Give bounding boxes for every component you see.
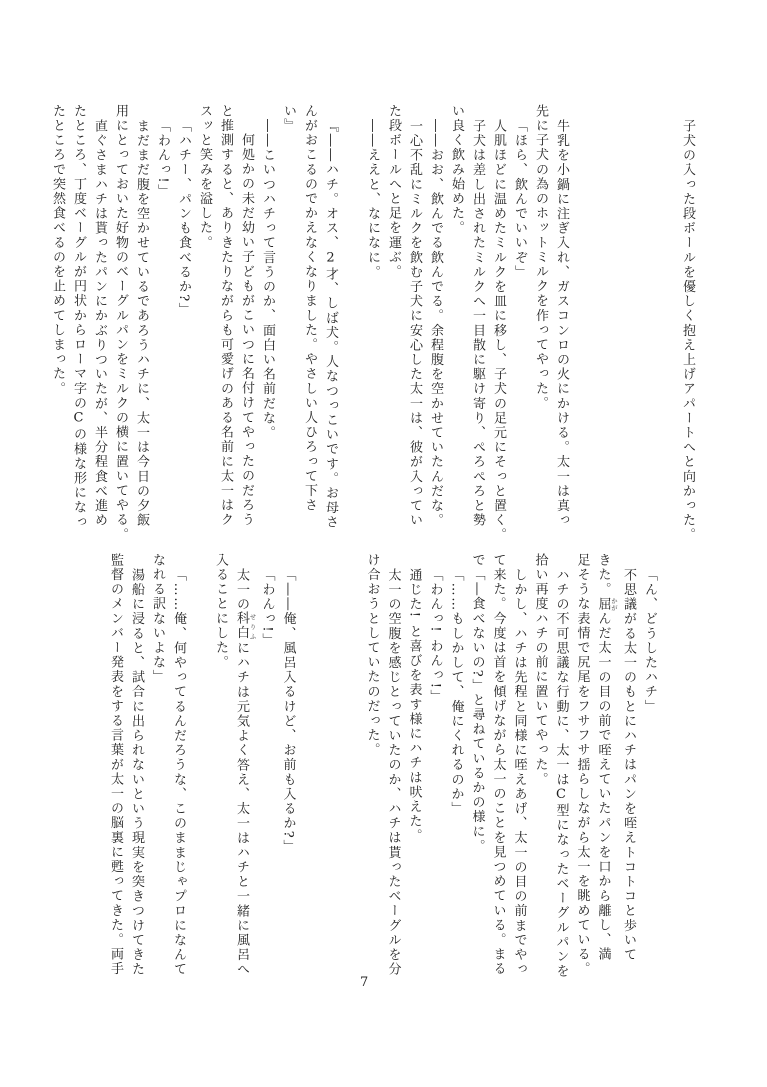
text-column: しかし、ハチは先程と同様に咥えあげ、太一の目の前までやっ	[509, 553, 530, 999]
text-column: た段ボールへと足を運ぶ。	[383, 104, 404, 550]
page-number: 7	[360, 975, 368, 990]
text-column: 先に子犬の為のホットミルクを作ってやった。	[530, 104, 551, 550]
text-column: 「わんっ!」	[152, 104, 173, 550]
furigana-ruby: 科白せりふ	[234, 611, 249, 640]
text-column: 「ん、どうしたハチ」	[639, 553, 660, 999]
text-column: 用にとっておいた好物のベーグルパンをミルクの横に置いてやる。	[110, 104, 131, 550]
blank-column	[341, 553, 362, 999]
text-column: 「……俺、何やってるんだろうな、このままじゃプロになんて	[168, 553, 189, 999]
text-column: い』	[278, 104, 299, 550]
text-column: て来た。今度は首を傾げながら太一のことを見つめている。まる	[488, 553, 509, 999]
text-column: きた。屈かがんだ太一の目の前で咥えていたパンを口から離し、満	[593, 553, 619, 999]
text-column: まだまだ腹を空かせているであろうハチに、太一は今日の夕飯	[131, 104, 152, 550]
text-column: 直ぐさまハチは貰ったパンにかぶりついたが、半分程食べ進め	[89, 104, 110, 550]
text-column: け合おうとしていたのだった。	[362, 553, 383, 999]
text-column: ――こいつハチって言うのか、面白い名前だな。	[257, 104, 278, 550]
text-column: たところ、丁度ベーグルが円状からローマ字のCの様な形になっ	[68, 104, 89, 550]
text-column: 通じた! と喜びを表す様にハチは吠えた。	[404, 553, 425, 999]
text-column: 人肌ほどに温めたミルクを皿に移し、子犬の足元にそっと置く。	[488, 104, 509, 550]
text-column: 子犬は差し出されたミルクへ一目散に駆け寄り、ぺろぺろと勢	[467, 104, 488, 550]
text-column: 子犬の入った段ボールを優しく抱え上げアパートへと向かった。	[677, 104, 698, 550]
text-column: 『――ハチ。オス、2才、しば犬。人なつっこいです。お母さ	[320, 104, 341, 550]
blank-column	[656, 104, 677, 550]
text-column: ――ええと、なになに。	[362, 104, 383, 550]
text-column: 「わんっ!」	[257, 553, 278, 999]
blank-column	[320, 553, 341, 999]
text-column: たところで突然食べるのを止めてしまった。	[47, 104, 68, 550]
text-column: と推測すると、ありきたりながらも可愛げのある名前に太一はク	[215, 104, 236, 550]
blank-column	[572, 104, 593, 550]
text-column: 入ることにした。	[210, 553, 231, 999]
text-column: で「―食べないの?」と尋ねているかの様に。	[467, 553, 488, 999]
blank-column	[593, 104, 614, 550]
text-column: 太一の空腹を感じとっていたのか、ハチは貰ったベーグルを分	[383, 553, 404, 999]
text-column: 湯船に浸ると、試合に出られないという現実を突きつけてきた	[126, 553, 147, 999]
text-column: スッと笑みを溢した。	[194, 104, 215, 550]
text-column: なれる訳ないよな」	[147, 553, 168, 999]
text-column: 不思議がる太一のもとにハチはパンを咥えトコトコと歩いて	[618, 553, 639, 999]
document-page: 子犬の入った段ボールを優しく抱え上げアパートへと向かった。牛乳を小鍋に注ぎ入れ、…	[0, 0, 767, 1087]
text-column: 拾い再度ハチの前に置いてやった。	[530, 553, 551, 999]
text-column: 「ほら、飲んでいいぞ」	[509, 104, 530, 550]
text-column: 太一の科白せりふにハチは元気よく答え、太一はハチと一緒に風呂へ	[231, 553, 257, 999]
text-block-top: 子犬の入った段ボールを優しく抱え上げアパートへと向かった。牛乳を小鍋に注ぎ入れ、…	[47, 104, 698, 550]
furigana-ruby: 屈かが	[596, 597, 611, 612]
text-column: い良く飲み始めた。	[446, 104, 467, 550]
blank-column	[189, 553, 210, 999]
text-column: 「わんっ! わんっ!」	[425, 553, 446, 999]
text-column: 「ハチー、パンも食べるか?」	[173, 104, 194, 550]
text-column: んがおこるのでかえなくなりました。やさしい人ひろって下さ	[299, 104, 320, 550]
blank-column	[299, 553, 320, 999]
text-column: 足そうな表情で尻尾をフサフサ揺らしながら太一を眺めている。	[572, 553, 593, 999]
text-column: 「……もしかして、俺にくれるのか」	[446, 553, 467, 999]
text-block-bottom: 「ん、どうしたハチ」不思議がる太一のもとにハチはパンを咥えトコトコと歩いてきた。…	[114, 553, 660, 999]
text-column: 牛乳を小鍋に注ぎ入れ、ガスコンロの火にかける。太一は真っ	[551, 104, 572, 550]
text-column: 何処かの未だ幼い子どもがこいつに名付けてやったのだろう	[236, 104, 257, 550]
blank-column	[614, 104, 635, 550]
text-column: 「――俺、風呂入るけど、お前も入るか?」	[278, 553, 299, 999]
text-column: ――おお、飲んでる飲んでる。余程腹を空かせていたんだな。	[425, 104, 446, 550]
text-column: ハチの不可思議な行動に、太一はC型になったベーグルパンを	[551, 553, 572, 999]
text-column: 一心不乱にミルクを飲む子犬に安心した太一は、彼が入ってい	[404, 104, 425, 550]
blank-column	[635, 104, 656, 550]
blank-column	[341, 104, 362, 550]
text-column: 監督のメンバー発表をする言葉が太一の脳裏に甦ってきた。両手	[105, 553, 126, 999]
